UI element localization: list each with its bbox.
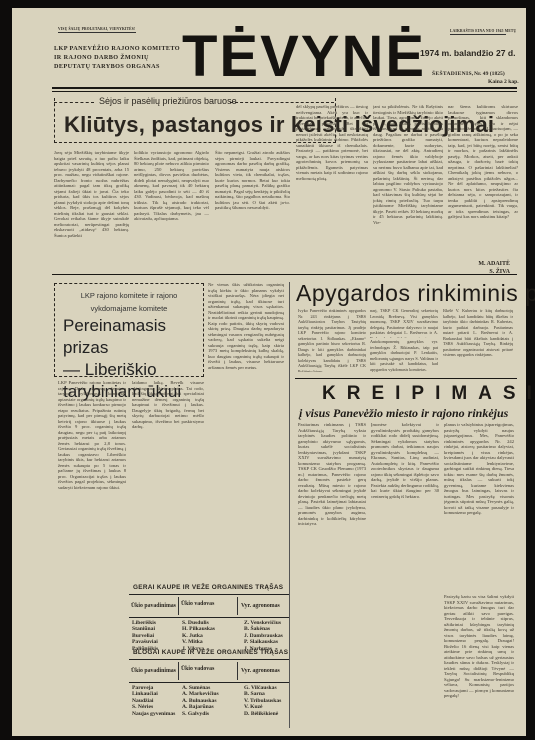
lead-column-4: dėl sklypų pasėlių priežiūros — tiesiog … <box>296 104 368 250</box>
publisher-line: DEPUTATŲ TARYBOS ORGANAS <box>54 62 180 71</box>
table-cell: D. Bėlikškienė <box>244 711 278 717</box>
issue-number: Nr. 49 (1825) <box>474 71 505 77</box>
appeal-column-3: planus ir valstybinius įsipareigojimus, … <box>444 422 514 592</box>
election-column-4: Iškėlė V. Kubertas ir kitų darbuotojų ka… <box>443 308 513 372</box>
table-cell: Naujas gyvenimas <box>132 711 175 717</box>
kicker-rule <box>230 102 334 103</box>
appeal-subhead: į visus Panevėžio miesto ir rajono rinkė… <box>299 406 508 421</box>
signature-line: M. ADAITĖ <box>448 260 510 268</box>
column-header: Ūkio vadovas <box>181 666 214 672</box>
prize-column-2: laidamo laiką. Bevelk visuose skirtinguo… <box>132 380 204 540</box>
good-table-title: GERAI KAUPE IR VEŽE ORGANINES TRĄŠAS <box>133 584 283 591</box>
slogan-underline <box>58 32 136 33</box>
lead-column-1: Javų sėja Miežiškių tarybiniame ūkyje ba… <box>54 150 129 248</box>
column-divider <box>237 597 238 615</box>
election-column-3: Autokomponentų gamyklos vyr. technologas… <box>370 339 438 373</box>
column-header: Ūkio vadovas <box>181 601 214 607</box>
publisher-line: IR RAJONO DARBO ŽMONIŲ <box>54 53 180 62</box>
lead-column-3: Šito nepaneigsi. Gražiai atrodo aukštos … <box>215 150 290 248</box>
column-header: Ūkio pavadinimas <box>131 668 176 674</box>
masthead-rule <box>52 87 517 89</box>
appeal-headline: KREIPIMASIS <box>322 383 535 405</box>
newspaper-page: VISŲ ŠALIŲ PROLETARAI, VIENYKITĖS! LKP P… <box>12 8 526 736</box>
column-header: Vyr. agronomas <box>241 668 280 674</box>
publisher-line: LKP PANEVĖŽIO RAJONO KOMITETO <box>54 44 180 53</box>
bad-table-title: BLOGAI KAUPE IR VEŽE ORGANINES TRĄŠAS <box>133 649 288 656</box>
lead-column-6: nar šiems kultūroms skirtuose laukuose t… <box>448 104 518 250</box>
table-cell: S. Galvydis <box>182 711 209 717</box>
since-underline <box>450 34 506 35</box>
prize-column-1: LKP Panevėžio rajono komitetas ir rajono… <box>58 380 126 726</box>
column-divider <box>178 597 179 615</box>
prize-headline-box: LKP rajono komitete ir rajono vykdomajam… <box>54 283 204 377</box>
appeal-column-2: Įmonėse kolektyvai ir gyvulininkystės pr… <box>371 422 439 728</box>
lead-column-5: jant su piktžolėmis. Ne tik Rašytinis ti… <box>373 104 443 250</box>
section-rule <box>52 274 517 275</box>
prize-subtitle-line: LKP rajono komitete ir rajono <box>55 289 203 302</box>
prize-subtitle-line: vykdomajame komitete <box>55 302 203 315</box>
column-header: Vyr. agronomas <box>241 603 280 609</box>
column-divider <box>178 662 179 680</box>
masthead-slogan: VISŲ ŠALIŲ PROLETARAI, VIENYKITĖS! <box>58 27 135 31</box>
prize-title-line: Pereinamasis prizas <box>63 315 203 359</box>
good-table-header: Ūkio pavadinimas Ūkio vadovas Vyr. agron… <box>129 594 289 618</box>
election-column-2: narį, TSKP CK Generalinį sekretorių Leon… <box>370 308 438 338</box>
lead-kicker: Sėjos ir pasėlių priežiūros baruose <box>99 96 237 106</box>
column-divider <box>237 662 238 680</box>
column-rule <box>289 282 290 728</box>
kicker-rule <box>54 102 94 103</box>
issue-price: Kaina 2 kap. <box>488 79 519 85</box>
masthead-logo: TĖVYNĖ <box>182 27 426 87</box>
appeal-column-4: Pasiryžę kartu su visa šalimi vykdyti TS… <box>444 594 514 698</box>
prize-column-3: Ne vienas ūkis užtikrintas organinių trą… <box>208 282 284 542</box>
issue-date: 1974 m. balandžio 27 d. <box>420 48 516 58</box>
masthead-rule-thin <box>52 91 517 92</box>
masthead-publisher: LKP PANEVĖŽIO RAJONO KOMITETO IR RAJONO … <box>54 44 180 71</box>
section-rule <box>295 378 517 379</box>
issue-weekday: ŠEŠTADIENIS, <box>432 71 474 77</box>
masthead-since: LAIKRAŠTIS EINA NUO 1945 METŲ <box>450 29 516 33</box>
prize-title-line: — Liberiškio <box>63 359 203 381</box>
bad-table-header: Ūkio pavadinimas Ūkio vadovas Vyr. agron… <box>129 659 289 683</box>
election-column-1: Ivyko Panevėžio rinkiminės apygardos Nr.… <box>298 308 366 372</box>
lead-column-2: kolūkio vyriausiojo agronomo Algirdo Šte… <box>134 150 209 248</box>
appeal-column-1: Pasitarimas rinkimams į TSRS Aukščiausią… <box>298 422 366 728</box>
prize-box-subtitle: LKP rajono komitete ir rajono vykdomajam… <box>55 289 203 315</box>
column-header: Ūkio pavadinimas <box>131 603 176 609</box>
election-headline: Apygardos rinkiminis pasilarimas <box>296 280 535 307</box>
